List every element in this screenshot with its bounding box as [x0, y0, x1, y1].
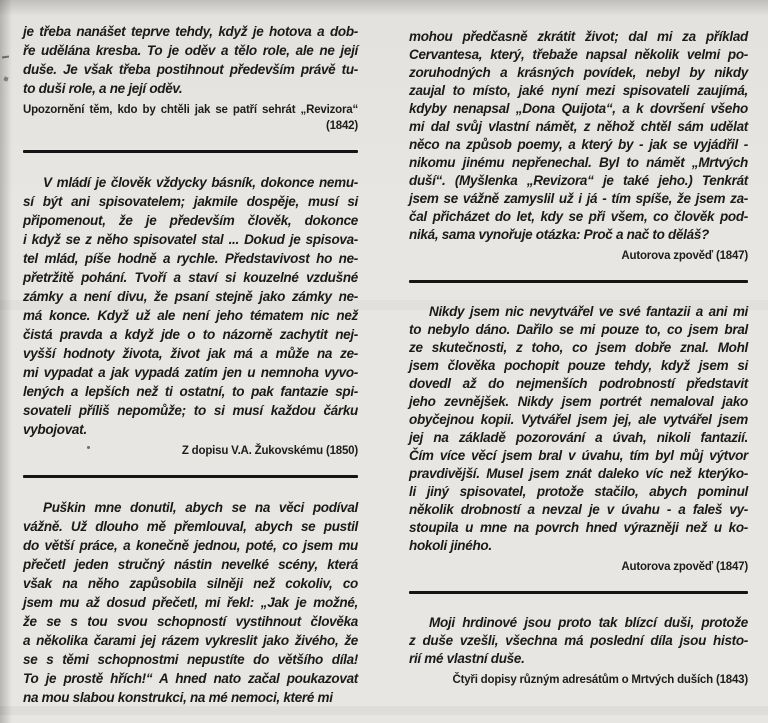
section-divider — [409, 591, 748, 594]
quote-line: že se s tou svou schopností vystihnout č… — [23, 612, 358, 631]
quote-line: To je prostě hřích!“ A hned nato začal p… — [23, 669, 358, 688]
quote-line: několik drobností a nevzal je v úvahu - … — [409, 501, 748, 519]
quote-line: jej na základě pozorování a úvah, nikoli… — [409, 429, 748, 447]
scanned-page: je třeba nanášet teprve tehdy, když je h… — [0, 0, 768, 723]
column-left: je třeba nanášet teprve tehdy, když je h… — [23, 22, 358, 707]
quote-line: zaujal to místo, jaké nyní mezi spisovat… — [409, 82, 748, 100]
scan-mark — [3, 76, 8, 81]
quote-text: Moji hrdinové jsou proto tak blízcí duši… — [409, 614, 748, 668]
quote-line: sovateli příliš nepomůže; to si musí kaž… — [23, 401, 358, 420]
attribution-line: Upozornění těm, kdo by chtěli jak se pat… — [23, 102, 358, 118]
quote-line: Nikdy jsem nic nevytvářel ve své fantazi… — [409, 303, 748, 321]
quote-section-right-1: Nikdy jsem nic nevytvářel ve své fantazi… — [409, 303, 748, 594]
quote-line: a několika čarami jej rázem vykreslit ja… — [23, 631, 358, 650]
quote-line: to duši role, a ne její oděv. — [23, 79, 358, 98]
quote-line: Cervantesa, který, třebaže napsal několi… — [409, 46, 748, 64]
quote-line: na mou slabou konstrukci, na mé nemoci, … — [23, 688, 358, 707]
attribution-line: Autorova zpověď (1847) — [409, 248, 748, 264]
quote-line: mi vypadat a jak vypadá zatím jen u nemn… — [23, 363, 358, 382]
quote-text: je třeba nanášet teprve tehdy, když je h… — [23, 22, 358, 98]
quote-line: kdyby nenapsal „Dona Quijota“, a k dovrš… — [409, 100, 748, 118]
quote-line: ze skutečnosti, z toho, co jsem dobře zn… — [409, 339, 748, 357]
quote-line: pravdivější. Musel jsem znát daleko víc … — [409, 465, 748, 483]
quote-line: do větší práce, a konečně jednou, poté, … — [23, 536, 358, 555]
quote-line: duše. Je však třeba postihnout především… — [23, 60, 358, 79]
attribution: Z dopisu V.A. Žukovskému (1850) — [23, 443, 358, 459]
section-divider — [23, 150, 358, 153]
quote-line: stoupila u mne na povrch hned výrazněji … — [409, 519, 748, 537]
scan-mark — [2, 56, 9, 59]
quote-line: i když se z něho spisovatel stal ... Dok… — [23, 230, 358, 249]
quote-line: rií mé vlastní duše. — [409, 650, 748, 668]
quote-line: li jiný spisovatel, protože stačilo, aby… — [409, 483, 748, 501]
quote-section-left-2: Puškin mne donutil, abych se na věci pod… — [23, 498, 358, 707]
quote-line: čal přicházet do let, kdy se při všem, c… — [409, 208, 748, 226]
quote-line: mi dal svůj vlastní námět, z něhož chtěl… — [409, 118, 748, 136]
quote-line: je třeba nanášet teprve tehdy, když je h… — [23, 22, 358, 41]
attribution: Autorova zpověď (1847) — [409, 559, 748, 575]
quote-line: se s těmi schopnostmi nepustíte do větší… — [23, 650, 358, 669]
attribution: Autorova zpověď (1847) — [409, 248, 748, 264]
quote-section-right-0: mohou předčasně zkrátit život; dal mi za… — [409, 28, 748, 283]
quote-line: tel mlád, píše hodně a rychle. Představi… — [23, 249, 358, 268]
quote-line: zoruhodných a krásných povídek, nebyl by… — [409, 64, 748, 82]
scan-shadow-left — [0, 0, 12, 723]
quote-line: hokoli jiného. — [409, 537, 748, 555]
quote-text: Puškin mne donutil, abych se na věci pod… — [23, 498, 358, 707]
quote-line: vážně. Už dlouho mě přemlouval, abych se… — [23, 517, 358, 536]
quote-text: mohou předčasně zkrátit život; dal mi za… — [409, 28, 748, 244]
quote-line: však na něho zapůsobila silněji než coko… — [23, 574, 358, 593]
column-right: mohou předčasně zkrátit život; dal mi za… — [409, 28, 748, 688]
quote-line: připomenout, že je především člověk, dok… — [23, 211, 358, 230]
quote-line: jsem mu až dosud přečetl, mi řekl: „Jak … — [23, 593, 358, 612]
quote-line: Puškin mne donutil, abych se na věci pod… — [23, 498, 358, 517]
quote-line: vyšší hodnoty života, život jak má a můž… — [23, 344, 358, 363]
quote-line: čistá pravda a když jde o to názorně zac… — [23, 325, 358, 344]
quote-line: sí být ani spisovatelem; jakmile dospěje… — [23, 192, 358, 211]
quote-line: V mládí je člověk vždycky básník, dokonc… — [23, 173, 358, 192]
section-divider — [409, 280, 748, 283]
quote-line: přečetl jeden stručný nástin nevelké scé… — [23, 555, 358, 574]
quote-text: Nikdy jsem nic nevytvářel ve své fantazi… — [409, 303, 748, 555]
quote-line: duší“. (Myšlenka „Revizora“ je také jeho… — [409, 172, 748, 190]
quote-line: zámky a není divu, že psaní stejně jako … — [23, 287, 358, 306]
quote-line: mohou předčasně zkrátit život; dal mi za… — [409, 28, 748, 46]
quote-line: jeho zevnějšek. Nikdy jsem portrét nemal… — [409, 393, 748, 411]
quote-line: dovedl až do nejmenších podrobností před… — [409, 375, 748, 393]
section-divider — [23, 475, 358, 478]
scan-band-top — [0, 0, 768, 16]
quote-line: jsem člověka pochopit pouze tehdy, když … — [409, 357, 748, 375]
quote-section-left-0: je třeba nanášet teprve tehdy, když je h… — [23, 22, 358, 153]
quote-line: to nebylo dáno. Dařilo se mi pouze to, c… — [409, 321, 748, 339]
attribution-line: Autorova zpověď (1847) — [409, 559, 748, 575]
quote-line: ře udělána kresba. To je oděv a tělo rol… — [23, 41, 358, 60]
quote-line: Čím více věcí jsem bral v úvahu, tím byl… — [409, 447, 748, 465]
quote-line: nikomu jinému nepřenechal. Byl to námět … — [409, 154, 748, 172]
quote-line: z duše vzešli, všechna má poslední díla … — [409, 632, 748, 650]
quote-line: Moji hrdinové jsou proto tak blízcí duši… — [409, 614, 748, 632]
quote-text: V mládí je člověk vždycky básník, dokonc… — [23, 173, 358, 439]
quote-line: přetržitě pohání. Tvoří a staví si kouze… — [23, 268, 358, 287]
quote-line: obyčejnou kopii. Vytvářel jsem jej, ale … — [409, 411, 748, 429]
attribution-line: Čtyři dopisy různým adresátům o Mrtvých … — [409, 672, 748, 688]
quote-line: jsem se vážně zamyslil už i já - tím spí… — [409, 190, 748, 208]
quote-line: má konce. Když už ale není jeho tématem … — [23, 306, 358, 325]
attribution: Čtyři dopisy různým adresátům o Mrtvých … — [409, 672, 748, 688]
quote-line: lených a lepších než ti ostatní, to pak … — [23, 382, 358, 401]
attribution-line: Z dopisu V.A. Žukovskému (1850) — [23, 443, 358, 459]
quote-section-right-2: Moji hrdinové jsou proto tak blízcí duši… — [409, 614, 748, 688]
scan-stripe — [0, 706, 768, 715]
attribution: Upozornění těm, kdo by chtěli jak se pat… — [23, 102, 358, 134]
quote-line: něco na způsob poemy, a který by - jak s… — [409, 136, 748, 154]
quote-section-left-1: V mládí je člověk vždycky básník, dokonc… — [23, 173, 358, 478]
attribution-line: (1842) — [23, 118, 358, 134]
quote-line: vybojovat. — [23, 420, 358, 439]
quote-line: niká, sama vynořuje otázka: Proč a nač t… — [409, 226, 748, 244]
